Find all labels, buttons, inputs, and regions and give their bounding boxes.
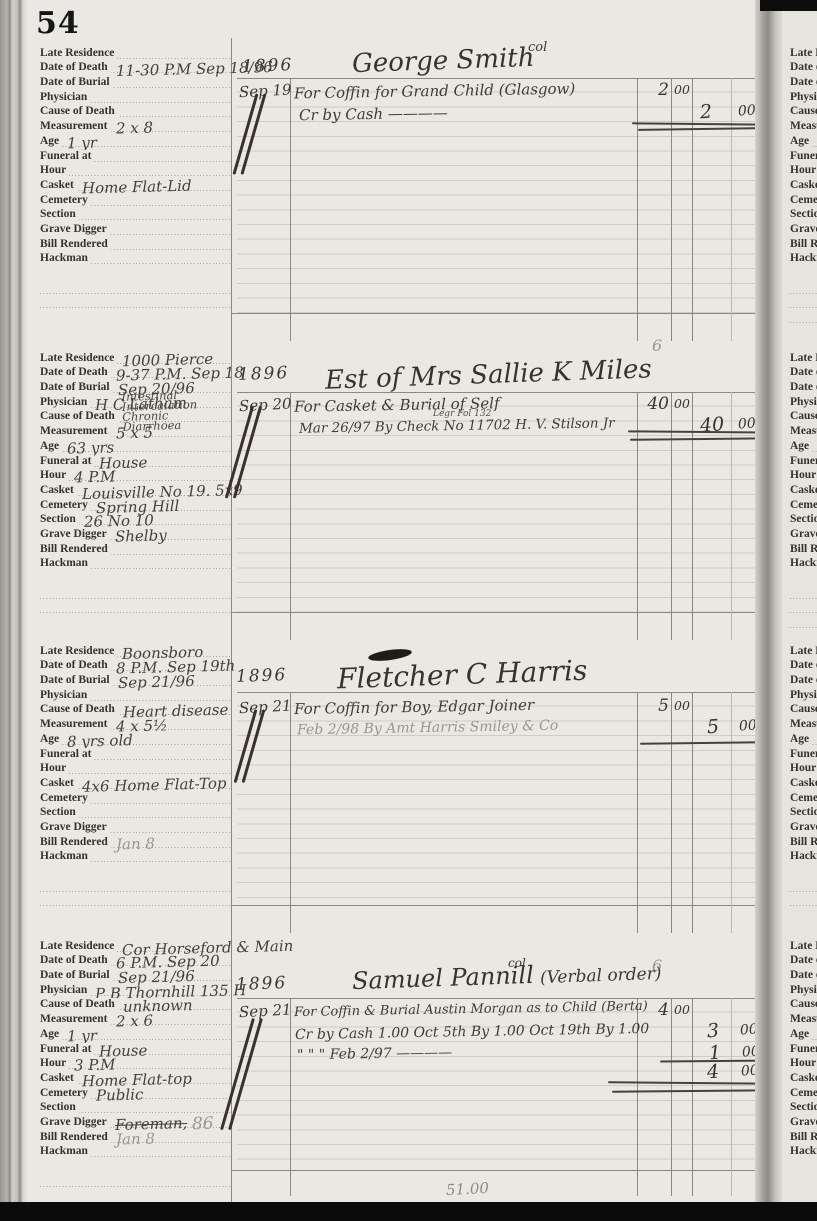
entry-year: 1896 bbox=[242, 55, 294, 77]
ledger-line: Cr by Cash ———— 2 00 bbox=[237, 103, 777, 125]
form-row: Date of Burial bbox=[790, 671, 817, 686]
form-label: Cemetery bbox=[790, 1087, 817, 1099]
ledger-line: Sep 21 For Coffin & Burial Austin Morgan… bbox=[237, 1000, 777, 1022]
form-row-blank bbox=[40, 1172, 230, 1187]
form-label: Casket bbox=[40, 179, 77, 191]
form-row: Late ResidenceBoonsboro bbox=[40, 642, 230, 657]
form-row: Bill Rendered bbox=[790, 235, 817, 250]
form-label: Funeral at bbox=[790, 150, 817, 162]
entry-year: 1896 bbox=[236, 973, 288, 995]
form-label: Section bbox=[40, 1101, 79, 1113]
entry-year: 1896 bbox=[238, 363, 290, 385]
form-column-rule bbox=[231, 38, 232, 1202]
form-label: Hackman bbox=[40, 850, 91, 862]
form-row: Measurement bbox=[790, 117, 817, 132]
form-label: Section bbox=[40, 208, 79, 220]
form-row: Section bbox=[790, 1099, 817, 1114]
form-label: Section bbox=[790, 513, 817, 525]
entry-form-1: Late Residence Date of Death11-30 P.M Se… bbox=[40, 44, 230, 308]
form-label: Casket bbox=[790, 777, 817, 789]
form-row: Funeral atHouse bbox=[40, 1040, 230, 1055]
form-row: Casket bbox=[790, 481, 817, 496]
form-row: Grave Digger bbox=[40, 220, 230, 235]
form-row: Casket bbox=[790, 774, 817, 789]
credit-dollars: 3 bbox=[706, 1020, 720, 1043]
form-row: Date of BurialSep 21/96 bbox=[40, 671, 230, 686]
form-label: Cause of Death bbox=[40, 703, 118, 715]
amount-dollars: 5 bbox=[637, 696, 669, 716]
form-row: Hour bbox=[790, 162, 817, 177]
form-row: Cause of Death bbox=[790, 996, 817, 1011]
form-row-blank bbox=[790, 584, 817, 599]
pencil-mark: 6 bbox=[652, 336, 662, 355]
form-label: Late Residence bbox=[790, 940, 817, 952]
form-label: Cemetery bbox=[40, 499, 91, 511]
tally-marks bbox=[234, 1016, 248, 1132]
credit-cents: 00 bbox=[737, 102, 756, 119]
form-row: Late ResidenceCor Horseford & Main bbox=[40, 937, 230, 952]
form-label: Casket bbox=[40, 1072, 77, 1084]
form-label: Date of Death bbox=[40, 366, 111, 378]
form-row: Casket bbox=[790, 176, 817, 191]
form-row: Measurement2 x 8 bbox=[40, 117, 230, 132]
form-row: Funeral at bbox=[790, 1040, 817, 1055]
line-desc: For Coffin & Burial Austin Morgan as to … bbox=[294, 999, 648, 1020]
form-label: Grave Digger bbox=[790, 821, 817, 833]
form-label: Late Residence bbox=[40, 352, 117, 364]
form-label: Grave Digger bbox=[40, 821, 110, 833]
form-row: Date of Death9-37 P.M. Sep 18 bbox=[40, 364, 230, 379]
entry-form-2: Late Residence1000 Pierce Date of Death9… bbox=[40, 349, 230, 613]
form-label: Cemetery bbox=[790, 194, 817, 206]
form-row-blank bbox=[40, 584, 230, 599]
form-row: Cause of Death bbox=[40, 103, 230, 118]
form-row-blank bbox=[40, 599, 230, 614]
form-label: Hackman bbox=[40, 1145, 91, 1157]
form-label: Late Residence bbox=[790, 645, 817, 657]
form-label: Date of Death bbox=[790, 61, 817, 73]
form-row: Physician bbox=[40, 88, 230, 103]
form-row: Grave Digger bbox=[790, 220, 817, 235]
page-total-pencil: 51.00 bbox=[446, 1179, 490, 1199]
form-row: Bill Rendered bbox=[40, 235, 230, 250]
form-label: Date of Death bbox=[40, 659, 111, 671]
form-row-blank bbox=[40, 569, 230, 584]
form-label: Date of Burial bbox=[40, 381, 113, 393]
form-row: Cause of Deathunknown bbox=[40, 996, 230, 1011]
form-label: Casket bbox=[790, 1072, 817, 1084]
form-row-blank bbox=[40, 892, 230, 907]
form-row: Date of Burial bbox=[40, 73, 230, 88]
credit-dollars: 5 bbox=[706, 716, 720, 739]
form-label: Casket bbox=[40, 484, 77, 496]
form-label: Section bbox=[790, 806, 817, 818]
form-label: Grave Digger bbox=[790, 223, 817, 235]
form-row: Date of Death bbox=[790, 657, 817, 672]
tally-marks bbox=[242, 708, 256, 784]
form-label: Age bbox=[790, 733, 812, 745]
credit-dollars: 2 bbox=[699, 101, 713, 124]
form-label: Hour bbox=[40, 762, 69, 774]
form-row: Hour bbox=[790, 760, 817, 775]
form-row-blank bbox=[790, 892, 817, 907]
form-label: Age bbox=[790, 1028, 812, 1040]
form-row: Funeral at bbox=[790, 745, 817, 760]
form-row: Bill Rendered bbox=[790, 833, 817, 848]
form-row: Late Residence bbox=[790, 44, 817, 59]
form-label: Physician bbox=[40, 689, 90, 701]
form-row: Grave Digger bbox=[790, 818, 817, 833]
form-label: Hour bbox=[40, 164, 69, 176]
form-label: Date of Burial bbox=[790, 969, 817, 981]
form-label: Cause of Death bbox=[40, 105, 118, 117]
entry-form-4: Late ResidenceCor Horseford & Main Date … bbox=[40, 937, 230, 1187]
header-rule bbox=[237, 78, 757, 79]
form-label: Physician bbox=[40, 984, 90, 996]
form-label: Bill Rendered bbox=[790, 1131, 817, 1143]
form-label: Date of Death bbox=[40, 954, 111, 966]
form-row-blank bbox=[790, 264, 817, 279]
amount-dollars: 2 bbox=[637, 80, 669, 100]
ledger-line: Mar 26/97 By Check No 11702 H. V. Stilso… bbox=[237, 416, 777, 438]
line-desc: For Coffin for Boy, Edgar Joiner bbox=[294, 696, 534, 718]
form-row: Late Residence bbox=[790, 349, 817, 364]
form-row: Hackman bbox=[40, 1143, 230, 1158]
form-row: Section bbox=[40, 804, 230, 819]
form-label: Date of Death bbox=[790, 659, 817, 671]
right-page-partial: Late Residence Date of Death Date of Bur… bbox=[782, 0, 817, 1202]
form-label: Funeral at bbox=[40, 1043, 94, 1055]
form-label: Hackman bbox=[790, 557, 817, 569]
form-row: Late Residence bbox=[790, 937, 817, 952]
form-row: Cemetery bbox=[790, 191, 817, 206]
credit-cents: 00 bbox=[737, 415, 756, 432]
form-row: Date of Death bbox=[790, 364, 817, 379]
amount-dollars: 40 bbox=[637, 394, 669, 414]
form-row: CemeterySpring Hill bbox=[40, 496, 230, 511]
form-label: Late Residence bbox=[40, 645, 117, 657]
form-label: Age bbox=[40, 1028, 62, 1040]
entry-form-3: Late ResidenceBoonsboro Date of Death8 P… bbox=[40, 642, 230, 906]
form-row: Date of Burial bbox=[790, 73, 817, 88]
form-row: Cemetery bbox=[790, 1084, 817, 1099]
form-row: Section26 No 10 bbox=[40, 511, 230, 526]
form-label: Late Residence bbox=[40, 47, 117, 59]
form-row: Funeral atHouse bbox=[40, 452, 230, 467]
form-label: Casket bbox=[790, 484, 817, 496]
form-label: Bill Rendered bbox=[40, 543, 111, 555]
form-label: Cause of Death bbox=[790, 998, 817, 1010]
form-label: Funeral at bbox=[40, 455, 94, 467]
form-row: Physician bbox=[40, 686, 230, 701]
bottom-rule bbox=[231, 905, 757, 906]
form-row: Grave DiggerForeman,86 bbox=[40, 1113, 230, 1128]
form-row: Funeral at bbox=[790, 147, 817, 162]
header-rule bbox=[237, 998, 757, 999]
form-label: Cause of Death bbox=[40, 410, 118, 422]
form-label: Late Residence bbox=[790, 47, 817, 59]
tally-marks bbox=[242, 92, 256, 176]
right-form-group: Late Residence Date of Death Date of Bur… bbox=[790, 44, 817, 323]
ledger-line: Feb 2/98 By Amt Harris Smiley & Co 5 00 bbox=[237, 718, 777, 740]
form-row: Age bbox=[790, 437, 817, 452]
form-label: Hour bbox=[790, 164, 817, 176]
form-label: Cemetery bbox=[40, 1087, 91, 1099]
form-row-blank bbox=[790, 599, 817, 614]
form-row: Age1 yr bbox=[40, 1025, 230, 1040]
form-row: Hour bbox=[790, 1055, 817, 1070]
form-row: Section bbox=[790, 511, 817, 526]
form-row: Funeral at bbox=[790, 452, 817, 467]
form-label: Date of Burial bbox=[790, 76, 817, 88]
ledger-line: Sep 21 For Coffin for Boy, Edgar Joiner … bbox=[237, 696, 777, 718]
right-form-group: Late Residence Date of Death Date of Bur… bbox=[790, 937, 817, 1157]
right-form-group: Late Residence Date of Death Date of Bur… bbox=[790, 349, 817, 628]
form-row-blank bbox=[40, 279, 230, 294]
form-row: Grave DiggerShelby bbox=[40, 525, 230, 540]
form-row: Hackman bbox=[40, 555, 230, 570]
form-label: Hackman bbox=[40, 557, 91, 569]
form-row: Casket bbox=[790, 1069, 817, 1084]
form-label: Physician bbox=[790, 689, 817, 701]
form-label: Hour bbox=[40, 469, 69, 481]
form-label: Measurement bbox=[40, 718, 111, 730]
form-row-blank bbox=[790, 877, 817, 892]
form-row: Grave Digger bbox=[790, 525, 817, 540]
form-label: Date of Death bbox=[790, 366, 817, 378]
form-row: Measurement2 x 6 bbox=[40, 1010, 230, 1025]
amount-dollars: 4 bbox=[637, 1000, 669, 1020]
form-label: Grave Digger bbox=[790, 1116, 817, 1128]
line-superscript: Legr Fol 132 bbox=[433, 409, 491, 419]
form-row: CasketLouisville No 19. 5x9 bbox=[40, 481, 230, 496]
form-label: Physician bbox=[790, 396, 817, 408]
form-label: Hour bbox=[790, 1057, 817, 1069]
form-row: Hackman bbox=[790, 555, 817, 570]
form-row: Cemetery bbox=[790, 789, 817, 804]
form-label: Funeral at bbox=[40, 150, 94, 162]
form-label: Date of Burial bbox=[40, 674, 113, 686]
form-label: Grave Digger bbox=[790, 528, 817, 540]
form-label: Late Residence bbox=[40, 940, 117, 952]
form-label: Physician bbox=[790, 91, 817, 103]
page-number: 54 bbox=[36, 6, 80, 41]
form-label: Date of Burial bbox=[40, 76, 113, 88]
line-desc: Cr by Cash 1.00 Oct 5th By 1.00 Oct 19th… bbox=[295, 1021, 650, 1043]
tally-marks bbox=[236, 404, 250, 500]
form-label: Funeral at bbox=[790, 455, 817, 467]
line-desc: For Coffin for Grand Child (Glasgow) bbox=[294, 80, 576, 103]
bottom-rule bbox=[231, 1170, 757, 1171]
form-row: Physician bbox=[790, 981, 817, 996]
form-row: Grave Digger bbox=[40, 818, 230, 833]
form-row: Hour bbox=[790, 467, 817, 482]
form-row: Bill RenderedJan 8 bbox=[40, 1128, 230, 1143]
form-row: Date of Death6 P.M. Sep 20 bbox=[40, 952, 230, 967]
entry-name-suffix: col bbox=[528, 40, 547, 55]
form-row-blank bbox=[790, 613, 817, 628]
form-row: Measurement bbox=[790, 715, 817, 730]
form-label: Cause of Death bbox=[790, 410, 817, 422]
form-label: Measurement bbox=[40, 1013, 111, 1025]
form-row-blank bbox=[40, 294, 230, 309]
form-label: Cause of Death bbox=[40, 998, 118, 1010]
form-row: Measurement4 x 5½ bbox=[40, 715, 230, 730]
form-row: Cemetery bbox=[790, 496, 817, 511]
form-row: Hackman bbox=[790, 1143, 817, 1158]
bottom-rule bbox=[231, 612, 757, 613]
form-row: Hackman bbox=[790, 250, 817, 265]
form-label: Bill Rendered bbox=[790, 543, 817, 555]
form-row: Date of Death11-30 P.M Sep 18/96 bbox=[40, 59, 230, 74]
entry-name: George Smith bbox=[352, 43, 535, 79]
amount-cents: 00 bbox=[674, 1002, 690, 1017]
bottom-rule bbox=[231, 313, 757, 314]
header-rule bbox=[237, 692, 757, 693]
form-label: Age bbox=[790, 440, 812, 452]
form-label: Casket bbox=[790, 179, 817, 191]
form-row-blank bbox=[790, 294, 817, 309]
form-row: Late Residence1000 Pierce bbox=[40, 349, 230, 364]
form-label: Hour bbox=[790, 469, 817, 481]
entry-name-suffix: col bbox=[508, 956, 526, 970]
right-form-group: Late Residence Date of Death Date of Bur… bbox=[790, 642, 817, 906]
amount-cents: 00 bbox=[674, 82, 690, 97]
form-row: Age bbox=[790, 1025, 817, 1040]
form-row-blank bbox=[40, 877, 230, 892]
form-label: Measurement bbox=[790, 1013, 817, 1025]
form-row: Measurement5 x 5 bbox=[40, 422, 230, 437]
total-dollars: 4 bbox=[706, 1061, 720, 1084]
form-label: Funeral at bbox=[790, 1043, 817, 1055]
form-row: Funeral at bbox=[40, 147, 230, 162]
form-label: Cemetery bbox=[40, 792, 91, 804]
form-row: Age1 yr bbox=[40, 132, 230, 147]
form-label: Grave Digger bbox=[40, 223, 110, 235]
form-row: Cemetery bbox=[40, 789, 230, 804]
form-label: Cause of Death bbox=[790, 703, 817, 715]
form-row-blank bbox=[790, 569, 817, 584]
form-label: Grave Digger bbox=[40, 1116, 110, 1128]
form-label: Date of Death bbox=[40, 61, 111, 73]
form-label: Measurement bbox=[790, 425, 817, 437]
ledger-line: Cr by Cash 1.00 Oct 5th By 1.00 Oct 19th… bbox=[237, 1022, 777, 1044]
credit-dollars: 40 bbox=[699, 413, 725, 437]
line-desc: " " " Feb 2/97 ———— bbox=[297, 1045, 452, 1064]
form-row: Date of Death8 P.M. Sep 19th bbox=[40, 657, 230, 672]
scan-edge bbox=[0, 0, 28, 1221]
form-row: CemeteryPublic bbox=[40, 1084, 230, 1099]
form-row-blank bbox=[790, 862, 817, 877]
form-row: Hour bbox=[40, 760, 230, 775]
form-row: Hackman bbox=[790, 848, 817, 863]
form-row: Date of BurialSep 21/96 bbox=[40, 966, 230, 981]
form-label: Age bbox=[40, 135, 62, 147]
form-label: Bill Rendered bbox=[40, 1131, 111, 1143]
form-label: Date of Burial bbox=[790, 381, 817, 393]
form-row-blank bbox=[40, 862, 230, 877]
form-label: Bill Rendered bbox=[40, 836, 111, 848]
form-row: Hour bbox=[40, 162, 230, 177]
scan-top-bar bbox=[760, 0, 817, 11]
form-label: Hackman bbox=[790, 850, 817, 862]
form-row: CasketHome Flat-top bbox=[40, 1069, 230, 1084]
form-row: Section bbox=[40, 1099, 230, 1114]
form-label: Funeral at bbox=[40, 748, 94, 760]
line-desc: Feb 2/98 By Amt Harris Smiley & Co bbox=[297, 718, 558, 739]
form-row: Physician bbox=[790, 686, 817, 701]
header-rule bbox=[237, 392, 757, 393]
form-row: Bill RenderedJan 8 bbox=[40, 833, 230, 848]
form-row-blank bbox=[40, 264, 230, 279]
form-row: Funeral at bbox=[40, 745, 230, 760]
scan-bottom-bar bbox=[0, 1202, 817, 1221]
form-row: Section bbox=[790, 804, 817, 819]
form-label: Age bbox=[40, 440, 62, 452]
form-label: Cemetery bbox=[790, 792, 817, 804]
form-row: Cause of Death bbox=[790, 408, 817, 423]
form-row: Date of Burial bbox=[790, 378, 817, 393]
form-label: Measurement bbox=[790, 718, 817, 730]
line-desc: Cr by Cash ———— bbox=[299, 104, 448, 125]
form-row: Age63 yrs bbox=[40, 437, 230, 452]
form-row-blank bbox=[790, 279, 817, 294]
form-row: Measurement bbox=[790, 1010, 817, 1025]
amount-cents: 00 bbox=[674, 698, 690, 713]
form-row: CasketHome Flat-Lid bbox=[40, 176, 230, 191]
ledger-line: Sep 19 For Coffin for Grand Child (Glasg… bbox=[237, 80, 777, 102]
form-row: Cemetery bbox=[40, 191, 230, 206]
form-label: Hackman bbox=[790, 1145, 817, 1157]
form-row: Age bbox=[790, 730, 817, 745]
form-label: Measurement bbox=[40, 425, 111, 437]
form-row: PhysicianP B Thornhill 135 H bbox=[40, 981, 230, 996]
amount-cents: 00 bbox=[674, 396, 690, 411]
form-row: Age bbox=[790, 132, 817, 147]
form-row: Cause of Death bbox=[790, 103, 817, 118]
form-label: Section bbox=[790, 208, 817, 220]
form-row: Cause of DeathIntestinal IntercalationCh… bbox=[40, 408, 230, 423]
form-label: Bill Rendered bbox=[790, 836, 817, 848]
form-label: Measurement bbox=[790, 120, 817, 132]
form-label: Physician bbox=[40, 91, 90, 103]
form-label: Physician bbox=[790, 984, 817, 996]
form-row: Hackman bbox=[40, 848, 230, 863]
form-label: Casket bbox=[40, 777, 77, 789]
form-row-blank bbox=[790, 308, 817, 323]
form-label: Date of Burial bbox=[40, 969, 113, 981]
ledger-scan: 54 Late Residence Date of Death11-30 P.M… bbox=[0, 0, 817, 1221]
form-row: Bill Rendered bbox=[790, 540, 817, 555]
form-row: Section bbox=[40, 206, 230, 221]
form-label: Hackman bbox=[40, 252, 91, 264]
form-label: Section bbox=[40, 513, 79, 525]
form-row: Cause of DeathHeart disease bbox=[40, 701, 230, 716]
form-label: Section bbox=[40, 806, 79, 818]
form-label: Grave Digger bbox=[40, 528, 110, 540]
entry-year: 1896 bbox=[236, 665, 288, 687]
form-label: Bill Rendered bbox=[40, 238, 111, 250]
form-row: Physician bbox=[790, 393, 817, 408]
gutter-shadow bbox=[755, 0, 782, 1208]
form-label: Hackman bbox=[790, 252, 817, 264]
form-row: Age8 yrs old bbox=[40, 730, 230, 745]
form-label: Hour bbox=[40, 1057, 69, 1069]
form-label: Cemetery bbox=[790, 499, 817, 511]
form-label: Date of Burial bbox=[790, 674, 817, 686]
form-label: Funeral at bbox=[790, 748, 817, 760]
form-row: Hour4 P.M bbox=[40, 467, 230, 482]
